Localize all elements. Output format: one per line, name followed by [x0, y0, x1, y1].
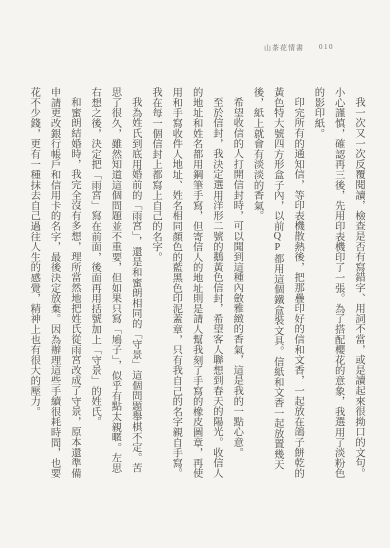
paragraph: 和蜜朗結婚時，我完全沒有多想，理所當然地把姓氏從雨宮改成了守景，原本還準備申請更…: [23, 87, 84, 479]
paragraph: 希望收信的人打開信封時，可以聞到這種內斂雅緻的香氣，這是我的一點心意。: [226, 87, 246, 479]
book-title: 山茶花情書: [264, 43, 304, 53]
paragraph: 至於信封，我決定選用洋形二號的鵝黃色信封，希望客人聯想到春天的陽光。收信人的地址…: [145, 87, 226, 479]
page-text: 我一次又一次反覆閱讀，檢查是否有寫錯字、用詞不當，或是讀起來很拗口的文句。小心謹…: [22, 87, 368, 479]
page-number: 010: [319, 43, 334, 51]
paragraph: 我一次又一次反覆閱讀，檢查是否有寫錯字、用詞不當，或是讀起來很拗口的文句。小心謹…: [307, 87, 368, 479]
paragraph: 我為姓氏到底用婚前的「雨宮」，還是和蜜朗相同的「守景」這個問題舉棋不定。苦思了很…: [84, 87, 145, 479]
running-head: 山茶花情書 010: [0, 43, 390, 55]
book-page: 山茶花情書 010 我一次又一次反覆閱讀，檢查是否有寫錯字、用詞不當，或是讀起來…: [0, 0, 390, 548]
upright-latin-run: QP: [272, 231, 283, 253]
paragraph: 印完所有的通知信，等印表機散熱後，把那疊印好的信和文香，一起放在鴿子餅乾的黃色特…: [246, 87, 307, 479]
